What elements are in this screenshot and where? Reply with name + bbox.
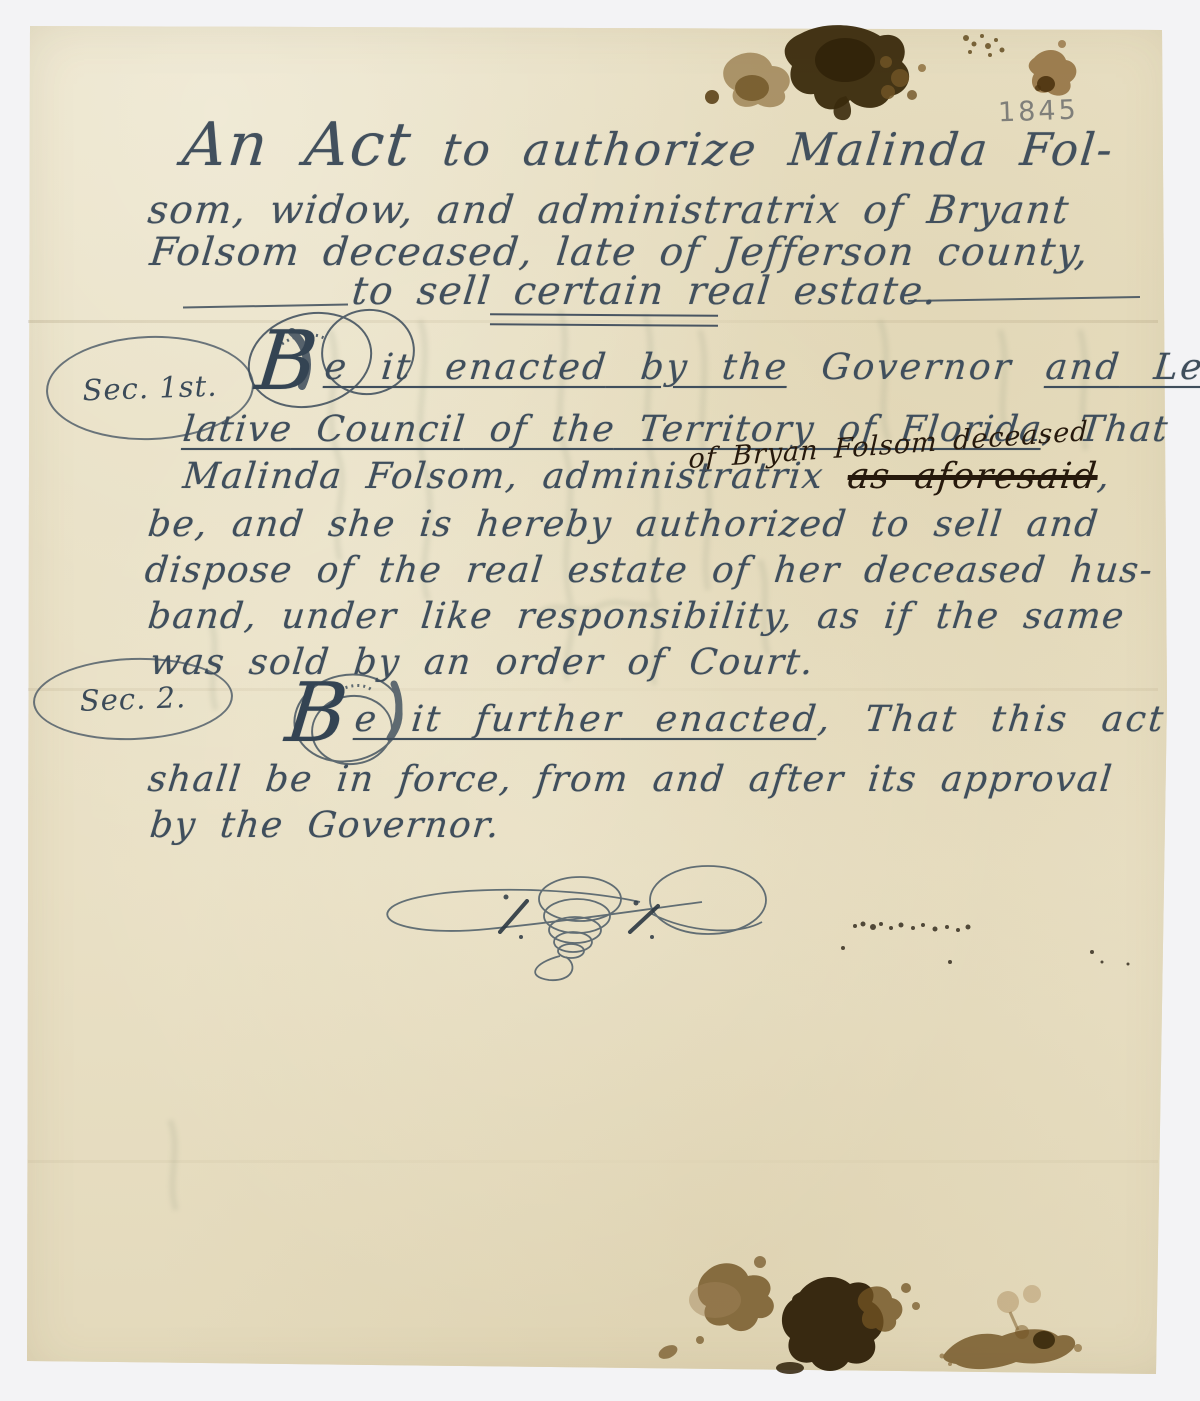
sec2-line-1-initial: B bbox=[282, 666, 355, 761]
title-line-4: to sell certain real estate. bbox=[350, 271, 940, 314]
sec2-line-1: Be it further enacted, That this act bbox=[284, 700, 1168, 740]
sec1-line-2-seg: Council bbox=[290, 409, 468, 450]
sec1-line-3-seg: Malinda Folsom, administratrix bbox=[181, 456, 850, 497]
sec1-line-1-seg: Governor bbox=[786, 347, 1048, 388]
sec2-line-1-seg: , That this act bbox=[816, 699, 1167, 740]
sec1-line-1: Be it enacted by the Governor and Legis- bbox=[254, 348, 1200, 388]
struck-text: as aforesaid bbox=[846, 456, 1100, 497]
sec1-line-7: was sold by an order of Court. bbox=[148, 643, 816, 683]
sec1-line-2-seg: lative bbox=[181, 409, 295, 450]
sec1-line-3: Malinda Folsom, administratrix as afores… bbox=[181, 457, 1113, 497]
title-double-rule bbox=[490, 313, 718, 327]
title-line-1: An Act to authorize Malinda Fol- bbox=[180, 112, 1118, 178]
section-1-label: Sec. 1st. bbox=[82, 369, 218, 408]
sec2-line-3: by the Governor. bbox=[148, 806, 502, 846]
sec1-line-1-seg: by the bbox=[606, 347, 791, 388]
document-scan: 1845 An Act to authorize Malinda Fol- so… bbox=[0, 0, 1200, 1401]
title-line-1-rest: to authorize Malinda Fol- bbox=[409, 123, 1117, 176]
sec1-line-1-seg: and bbox=[1044, 347, 1124, 388]
sec1-line-6: band, under like responsibility, as if t… bbox=[146, 597, 1127, 637]
sec1-line-1-seg: e it enacted bbox=[323, 347, 610, 388]
sec1-line-2-seg: of the bbox=[464, 409, 618, 450]
sec1-line-5: dispose of the real estate of her deceas… bbox=[143, 551, 1155, 591]
section-2-label: Sec. 2. bbox=[79, 680, 187, 718]
sec2-line-1-seg: enacted bbox=[621, 699, 821, 740]
sec2-line-1-seg: e it further bbox=[353, 699, 625, 740]
title-line-1-caps: An Act bbox=[179, 110, 415, 180]
sec2-line-2: shall be in force, from and after its ap… bbox=[146, 760, 1115, 800]
title-line-2: som, widow, and administratrix of Bryant bbox=[146, 190, 1072, 233]
sec1-line-1-seg: Legis- bbox=[1119, 347, 1200, 388]
sec1-line-1-initial: B bbox=[252, 314, 325, 409]
sec1-line-4: be, and she is hereby authorized to sell… bbox=[146, 505, 1101, 545]
